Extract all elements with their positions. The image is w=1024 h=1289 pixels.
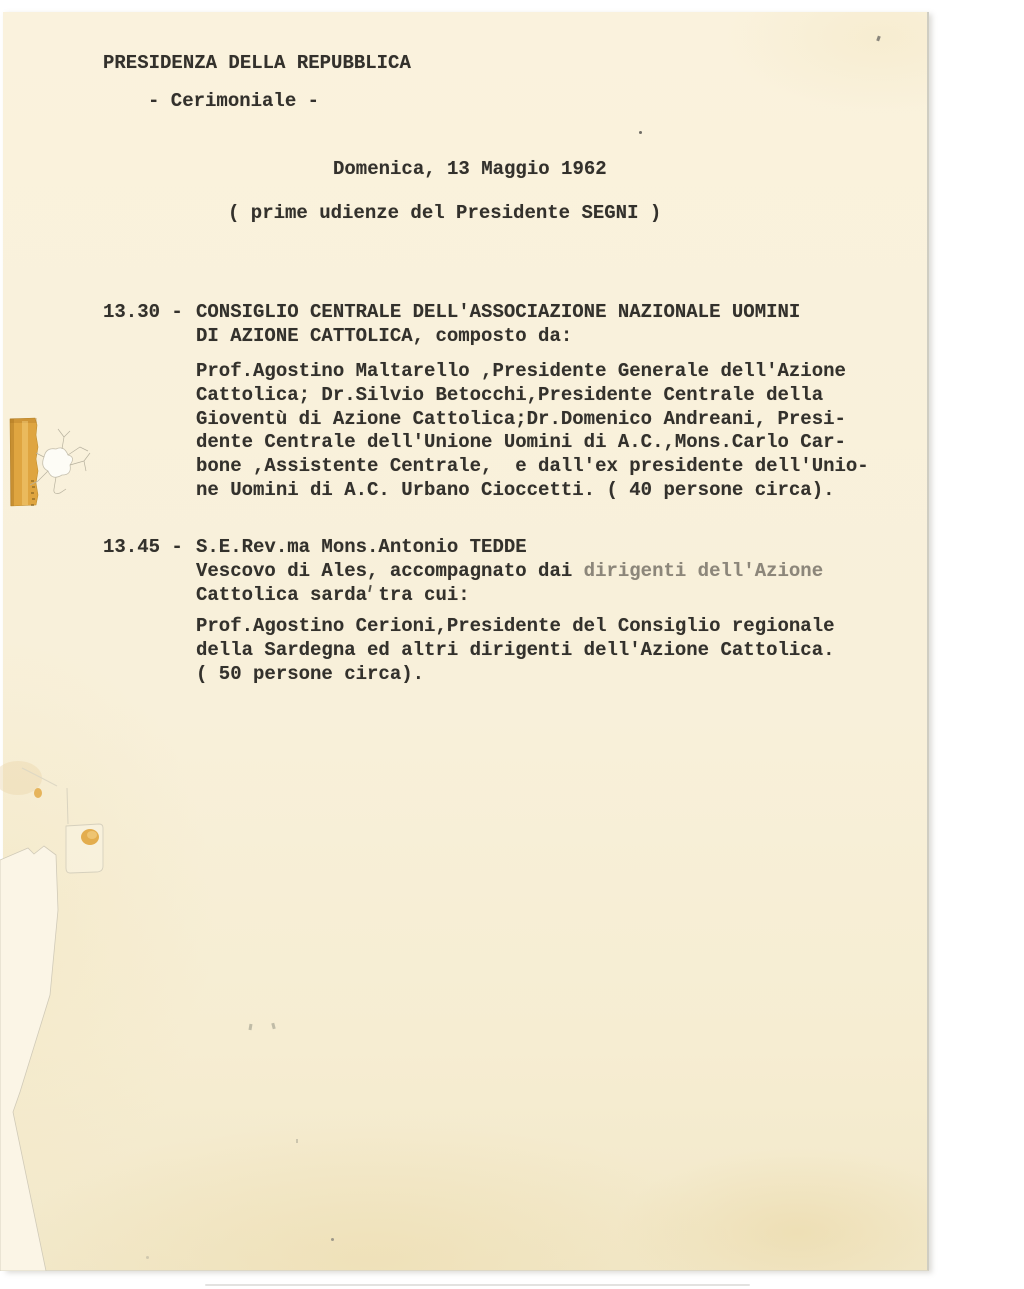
entry-time: 13.30 - — [103, 301, 183, 325]
entry-heading: CONSIGLIO CENTRALE DELL'ASSOCIAZIONE NAZ… — [196, 301, 800, 349]
scanner-edge-line — [205, 1284, 750, 1286]
office-subtitle: - Cerimoniale - — [148, 90, 319, 114]
paper-damage-lower-left — [0, 760, 130, 1271]
entry-body-line: Gioventù di Azione Cattolica;Dr.Domenico… — [196, 408, 869, 432]
date-line: Domenica, 13 Maggio 1962 — [333, 158, 607, 182]
tape-stain-and-torn-hole — [0, 405, 110, 520]
subject-line: ( prime udienze del Presidente SEGNI ) — [228, 202, 661, 226]
entry-heading-line: DI AZIONE CATTOLICA, composto da: — [196, 325, 800, 349]
entry-time: 13.45 - — [103, 536, 183, 560]
entry-body-line: Prof.Agostino Cerioni,Presidente del Con… — [196, 615, 835, 639]
entry-body-line: bone ,Assistente Centrale, e dall'ex pre… — [196, 455, 869, 479]
entry-body-line: dente Centrale dell'Unione Uomini di A.C… — [196, 431, 869, 455]
org-title: PRESIDENZA DELLA REPUBBLICA — [103, 52, 411, 76]
entry-body-line: ne Uomini di A.C. Urbano Cioccetti. ( 40… — [196, 479, 869, 503]
entry-heading-line: Cattolica sarda tra cui: — [196, 584, 823, 608]
entry-heading-line: CONSIGLIO CENTRALE DELL'ASSOCIAZIONE NAZ… — [196, 301, 800, 325]
entry-heading-line: S.E.Rev.ma Mons.Antonio TEDDE — [196, 536, 823, 560]
entry-heading: S.E.Rev.ma Mons.Antonio TEDDE Vescovo di… — [196, 536, 823, 607]
entry-body-line: Cattolica; Dr.Silvio Betocchi,Presidente… — [196, 384, 869, 408]
scanned-document: PRESIDENZA DELLA REPUBBLICA - Cerimonial… — [0, 0, 1024, 1289]
entry-body-line: ( 50 persone circa). — [196, 663, 835, 687]
entry-heading-line: Vescovo di Ales, accompagnato dai dirige… — [196, 560, 823, 584]
entry-body-line: della Sardegna ed altri dirigenti dell'A… — [196, 639, 835, 663]
entry-body-line: Prof.Agostino Maltarello ,Presidente Gen… — [196, 360, 869, 384]
entry-body: Prof.Agostino Cerioni,Presidente del Con… — [196, 615, 835, 686]
entry-body: Prof.Agostino Maltarello ,Presidente Gen… — [196, 360, 869, 503]
